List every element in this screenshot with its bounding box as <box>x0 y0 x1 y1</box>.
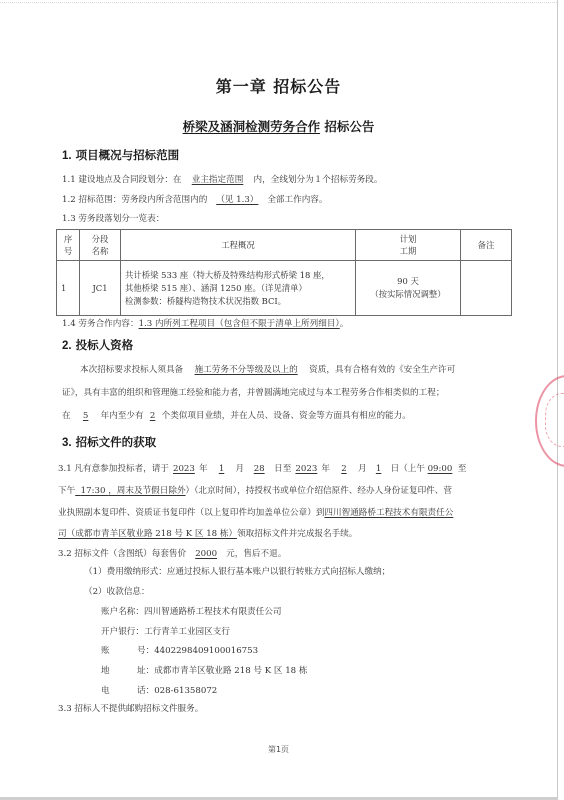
section-2-heading: 2. 投标人资格 <box>62 337 133 353</box>
section-3-heading: 3. 招标文件的获取 <box>62 434 156 450</box>
end-month: 2 <box>330 464 358 474</box>
chapter-title: 第一章 招标公告 <box>0 74 557 97</box>
cell-period: 90 天 （按实际情况调整） <box>356 261 461 316</box>
qualification-line-1: 本次招标要求投标人须具备施工劳务不分等级及以上的资质，具有合格有效的《安全生产许… <box>80 363 455 375</box>
count-blank: 2 <box>144 411 162 421</box>
header-segment: 分段名称 <box>80 230 121 261</box>
cooperation-content: 1.3 内所列工程项目（包含但不限于清单上所列细目） <box>139 319 340 329</box>
item-3-1-line-2: 下午 17:30 ，周末及节假日除外）（北京时间），持授权书或单位介绍信原件、经… <box>58 484 452 496</box>
segment-table: 序号 分段名称 工程概况 计划工期 备注 1 JC1 共计桥梁 533 座（特大… <box>56 229 512 316</box>
end-year: 2023 <box>291 464 321 474</box>
cell-segment: JC1 <box>80 261 121 316</box>
item-3-3: 3.3 招标人不提供邮购招标文件服务。 <box>58 702 203 714</box>
item-1-3: 1.3 劳务段落划分一览表： <box>62 212 164 224</box>
item-3-1-line-4: 司（成都市青羊区敬业路 218 号 K 区 18 栋）领取招标文件并完成报名手续… <box>58 527 357 539</box>
payee-address: 地址：成都市青羊区敬业路 218 号 K 区 18 栋 <box>101 664 307 676</box>
item-1-4: 1.4 劳务合作内容：1.3 内所列工程项目（包含但不限于清单上所列细目）。 <box>62 317 348 329</box>
cell-overview: 共计桥梁 533 座（特大桥及特殊结构形式桥梁 18 座， 其他桥梁 515 座… <box>121 261 356 316</box>
price-blank: 2000 <box>186 549 226 559</box>
qualification-blank: 施工劳务不分等级及以上的 <box>183 363 309 375</box>
header-remark: 备注 <box>461 230 512 261</box>
seal-inner-ring <box>545 393 564 447</box>
item-1-1: 1.1 建设地点及合同段划分：在业主指定范围内，全线划分为１个招标劳务段。 <box>62 173 382 185</box>
payee-phone: 电话：028-61358072 <box>101 684 217 696</box>
qualification-line-3: 在5年内至少有2个类似项目业绩，并在人员、设备、资金等方面具有相应的能力。 <box>62 409 411 421</box>
header-period: 计划工期 <box>356 230 461 261</box>
page-number: 第1页 <box>0 744 557 755</box>
table-header-row: 序号 分段名称 工程概况 计划工期 备注 <box>57 230 512 261</box>
company-address-l1: 四川智通路桥工程技术有限责任公 <box>324 508 453 518</box>
header-overview: 工程概况 <box>121 230 356 261</box>
cell-remark <box>461 261 512 316</box>
item-1-2: 1.2 招标范围：劳务段内所含范围内的（见 1.3）全部工作内容。 <box>62 193 327 205</box>
start-day: 28 <box>244 464 274 474</box>
table-row: 1 JC1 共计桥梁 533 座（特大桥及特殊结构形式桥梁 18 座， 其他桥梁… <box>57 261 512 316</box>
start-year: 2023 <box>169 464 199 474</box>
company-address-l2: 司（成都市青羊区敬业路 218 号 K 区 18 栋） <box>58 529 237 539</box>
payee-account-name: 账户名称：四川智通路桥工程技术有限责任公司 <box>101 605 282 617</box>
item-3-1-line-3: 业执照副本复印件、资质证书复印件（以上复印件均加盖单位公章）到四川智通路桥工程技… <box>58 506 453 518</box>
document-page: 第一章 招标公告 桥梁及涵洞检测劳务合作 招标公告 1. 项目概况与招标范围 1… <box>0 0 558 800</box>
item-3-2: 3.2 招标文件（含图纸）每套售价2000元，售后不退。 <box>58 547 286 559</box>
scope-blank: （见 1.3） <box>207 193 267 205</box>
section-1-heading: 1. 项目概况与招标范围 <box>62 147 179 163</box>
pm-time-weekend: 17:30 ，周末及节假日除外 <box>75 486 185 496</box>
qualification-line-2: 证》，具有丰富的组织和管理施工经验和能力者，并曾圆满地完成过与本工程劳务合作相类… <box>62 386 444 398</box>
item-3-1-line-1: 3.1 凡有意参加投标者，请于2023年1月28日至2023年2月1日（上午09… <box>58 462 466 474</box>
payee-bank: 开户银行：工行青羊工业园区支行 <box>101 625 230 637</box>
scan-top-edge <box>0 2 557 5</box>
years-blank: 5 <box>71 411 101 421</box>
am-time: 09:00 <box>425 464 455 474</box>
payment-method: （1）费用缴纳形式：应通过投标人银行基本账户以银行转账方式向招标人缴纳； <box>84 565 390 577</box>
company-seal <box>535 375 564 467</box>
payee-info-title: （2）收款信息： <box>84 585 150 597</box>
start-month: 1 <box>208 464 236 474</box>
project-name: 桥梁及涵洞检测劳务合作 <box>183 119 321 134</box>
payee-account-number: 账号：4402298409100016753 <box>101 644 258 656</box>
location-blank: 业主指定范围 <box>182 173 254 185</box>
notice-subtitle: 桥梁及涵洞检测劳务合作 招标公告 <box>0 117 557 135</box>
end-day: 1 <box>367 464 391 474</box>
cell-seq: 1 <box>57 261 80 316</box>
header-seq: 序号 <box>57 230 80 261</box>
